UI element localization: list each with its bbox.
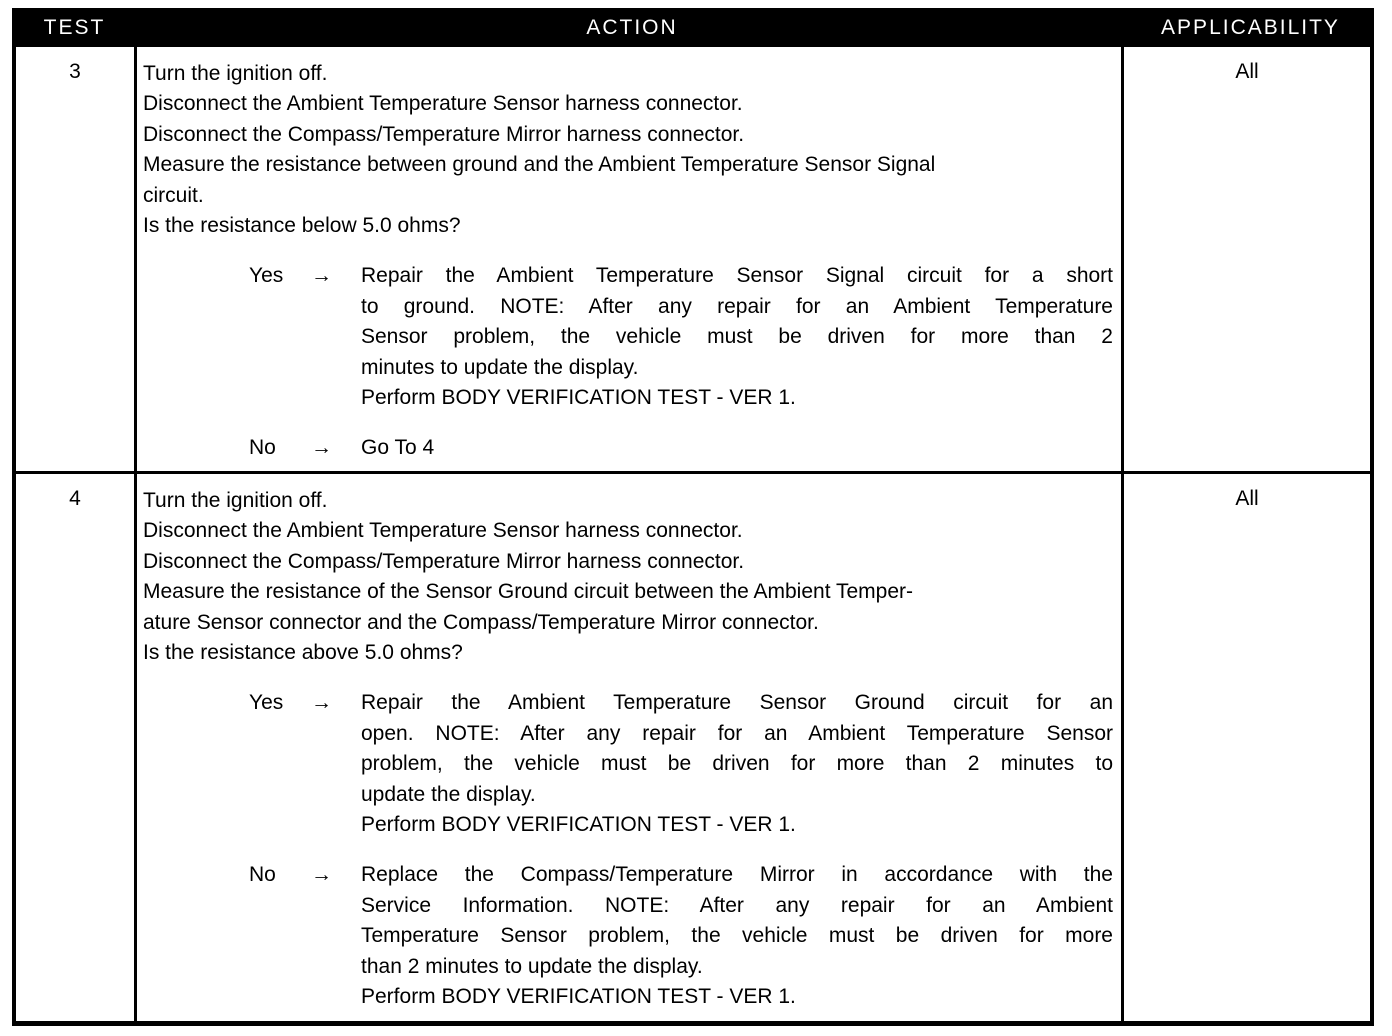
response-text: to ground. NOTE: After any repair for an… — [361, 292, 1113, 322]
header-applicability: APPLICABILITY — [1127, 8, 1374, 47]
response-text: Sensor problem, the vehicle must be driv… — [361, 322, 1113, 352]
yes-response: Yes→Repair the Ambient Temperature Senso… — [143, 261, 1113, 413]
header-test: TEST — [12, 8, 137, 47]
response-text: Repair the Ambient Temperature Sensor Gr… — [361, 688, 1113, 718]
yes-label: Yes — [249, 261, 283, 291]
response-text: Perform BODY VERIFICATION TEST - VER 1. — [361, 810, 1113, 840]
column-divider — [134, 47, 137, 1021]
arrow-right-icon: → — [311, 688, 332, 718]
action-step: Disconnect the Ambient Temperature Senso… — [143, 89, 1113, 119]
arrow-right-icon: → — [311, 860, 332, 890]
action-step: circuit. — [143, 181, 1113, 211]
action-step: ature Sensor connector and the Compass/T… — [143, 608, 1113, 638]
action-step: Measure the resistance of the Sensor Gro… — [143, 577, 1113, 607]
action-step: Measure the resistance between ground an… — [143, 150, 1113, 180]
no-label: No — [249, 860, 276, 890]
response-text: update the display. — [361, 780, 1113, 810]
no-response: No→Go To 4 — [143, 433, 1113, 463]
test-number: 4 — [16, 487, 134, 511]
action-step: Disconnect the Compass/Temperature Mirro… — [143, 547, 1113, 577]
column-divider — [1121, 47, 1124, 1021]
yes-label: Yes — [249, 688, 283, 718]
action-step: Turn the ignition off. — [143, 486, 1113, 516]
action-step: Is the resistance below 5.0 ohms? — [143, 211, 1113, 241]
yes-response: Yes→Repair the Ambient Temperature Senso… — [143, 688, 1113, 840]
response-text: open. NOTE: After any repair for an Ambi… — [361, 719, 1113, 749]
no-response: No→Replace the Compass/Temperature Mirro… — [143, 860, 1113, 1012]
no-label: No — [249, 433, 276, 463]
response-text: Perform BODY VERIFICATION TEST - VER 1. — [361, 383, 1113, 413]
response-text: minutes to update the display. — [361, 353, 1113, 383]
response-text: than 2 minutes to update the display. — [361, 952, 1113, 982]
response-text: Go To 4 — [361, 433, 1113, 463]
action-step: Is the resistance above 5.0 ohms? — [143, 638, 1113, 668]
action-step: Disconnect the Compass/Temperature Mirro… — [143, 120, 1113, 150]
arrow-right-icon: → — [311, 433, 332, 463]
action-cell: Turn the ignition off.Disconnect the Amb… — [143, 486, 1113, 1013]
response-text: problem, the vehicle must be driven for … — [361, 749, 1113, 779]
applicability-value: All — [1124, 60, 1370, 84]
response-text: Repair the Ambient Temperature Sensor Si… — [361, 261, 1113, 291]
response-text: Temperature Sensor problem, the vehicle … — [361, 921, 1113, 951]
header-action: ACTION — [137, 8, 1127, 47]
action-step: Turn the ignition off. — [143, 59, 1113, 89]
action-step: Disconnect the Ambient Temperature Senso… — [143, 516, 1113, 546]
test-number: 3 — [16, 60, 134, 84]
response-text: Perform BODY VERIFICATION TEST - VER 1. — [361, 982, 1113, 1012]
arrow-right-icon: → — [311, 261, 332, 291]
response-text: Service Information. NOTE: After any rep… — [361, 891, 1113, 921]
applicability-value: All — [1124, 487, 1370, 511]
action-cell: Turn the ignition off.Disconnect the Amb… — [143, 59, 1113, 464]
response-text: Replace the Compass/Temperature Mirror i… — [361, 860, 1113, 890]
diagnostic-test-table: TEST ACTION APPLICABILITY 3 All Turn the… — [12, 8, 1374, 1026]
row-divider — [16, 471, 1370, 474]
table-header: TEST ACTION APPLICABILITY — [12, 8, 1374, 47]
